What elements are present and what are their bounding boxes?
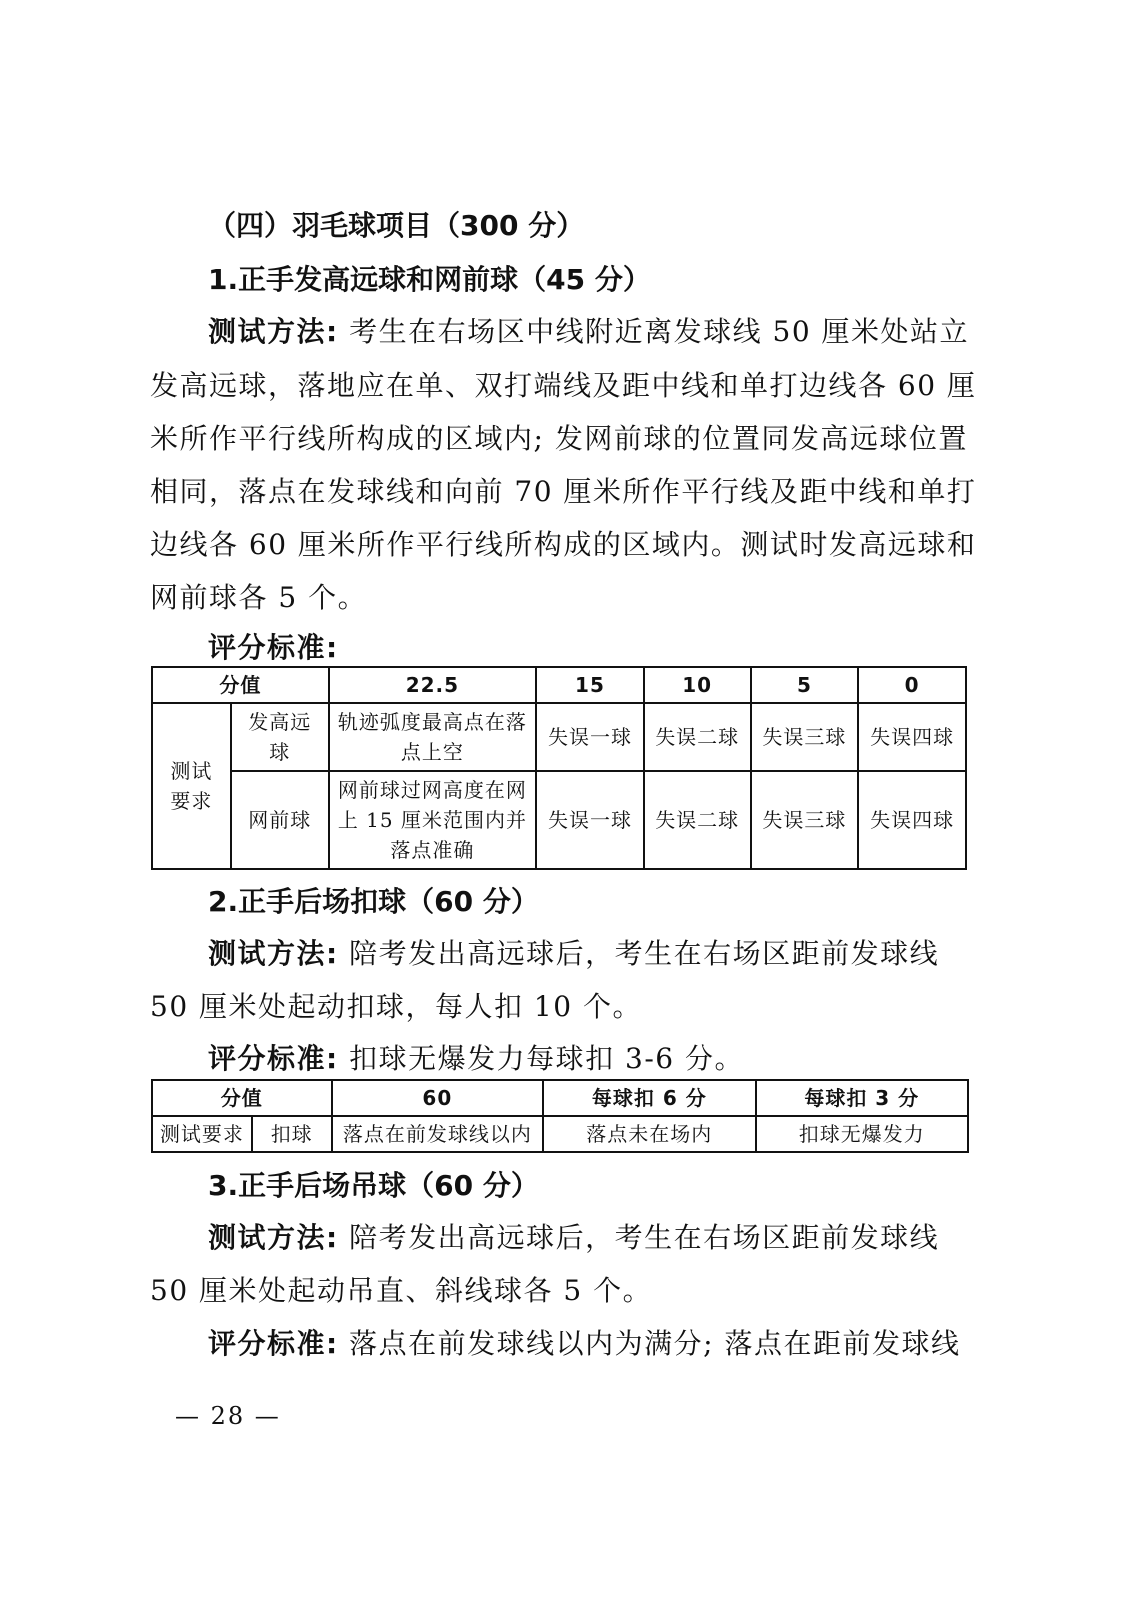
header-cell: 10	[644, 667, 751, 703]
table-cell: 失误一球	[536, 703, 644, 771]
section-title: （四）羽毛球项目（300 分）	[208, 208, 1028, 244]
row-name-cell: 发高远球	[231, 703, 329, 771]
table-cell: 失误四球	[858, 703, 966, 771]
header-cell: 分值	[152, 1080, 332, 1116]
table-cell: 落点未在场内	[543, 1116, 755, 1152]
item3-scoring-text: 落点在前发球线以内为满分; 落点在距前发球线	[339, 1327, 961, 1360]
item2-scoring-line: 评分标准: 扣球无爆发力每球扣 3-6 分。	[208, 1041, 970, 1077]
item2-scoring-table: 分值 60 每球扣 6 分 每球扣 3 分 测试要求 扣球 落点在前发球线以内 …	[151, 1079, 969, 1153]
header-cell: 15	[536, 667, 644, 703]
table-header-row: 分值 60 每球扣 6 分 每球扣 3 分	[152, 1080, 968, 1116]
table-row: 网前球 网前球过网高度在网上 15 厘米范围内并落点准确 失误一球 失误二球 失…	[152, 771, 966, 869]
header-cell: 每球扣 3 分	[756, 1080, 968, 1116]
table-cell: 轨迹弧度最高点在落点上空	[329, 703, 536, 771]
table-row: 测试要求 扣球 落点在前发球线以内 落点未在场内 扣球无爆发力	[152, 1116, 968, 1152]
item3-method-line-2: 50 厘米处起动吊直、斜线球各 5 个。	[150, 1273, 970, 1309]
item2-title: 2.正手后场扣球（60 分）	[208, 884, 1028, 920]
item3-title: 3.正手后场吊球（60 分）	[208, 1168, 1028, 1204]
table-cell: 扣球无爆发力	[756, 1116, 968, 1152]
item3-scoring-line: 评分标准: 落点在前发球线以内为满分; 落点在距前发球线	[208, 1326, 970, 1362]
item2-method-line-1: 测试方法: 陪考发出高远球后，考生在右场区距前发球线	[208, 936, 970, 972]
item1-method-line-2: 发高远球，落地应在单、双打端线及距中线和单打边线各 60 厘	[150, 368, 970, 404]
header-cell: 每球扣 6 分	[543, 1080, 755, 1116]
item2-method-line-2: 50 厘米处起动扣球，每人扣 10 个。	[150, 989, 970, 1025]
item2-scoring-label: 评分标准:	[208, 1042, 339, 1075]
item3-method-label: 测试方法:	[208, 1221, 339, 1254]
table-row: 测试要求 发高远球 轨迹弧度最高点在落点上空 失误一球 失误二球 失误三球 失误…	[152, 703, 966, 771]
item2-scoring-text: 扣球无爆发力每球扣 3-6 分。	[339, 1042, 744, 1075]
item1-method-text-1: 考生在右场区中线附近离发球线 50 厘米处站立	[339, 315, 969, 348]
item2-method-label: 测试方法:	[208, 937, 339, 970]
header-cell: 0	[858, 667, 966, 703]
document-page: （四）羽毛球项目（300 分） 1.正手发高远球和网前球（45 分） 测试方法:…	[0, 0, 1131, 1600]
item1-method-line-3: 米所作平行线所构成的区域内; 发网前球的位置同发高远球位置	[150, 421, 970, 457]
item1-method-line-6: 网前球各 5 个。	[150, 580, 970, 616]
item1-scoring-table: 分值 22.5 15 10 5 0 测试要求 发高远球 轨迹弧度最高点在落点上空…	[151, 666, 967, 870]
item1-method-label: 测试方法:	[208, 315, 339, 348]
table-cell: 失误四球	[858, 771, 966, 869]
table-cell: 网前球过网高度在网上 15 厘米范围内并落点准确	[329, 771, 536, 869]
table-cell: 失误二球	[644, 703, 751, 771]
item3-method-text-1: 陪考发出高远球后，考生在右场区距前发球线	[339, 1221, 939, 1254]
item1-method-line-4: 相同，落点在发球线和向前 70 厘米所作平行线及距中线和单打	[150, 474, 970, 510]
item1-method-line-5: 边线各 60 厘米所作平行线所构成的区域内。测试时发高远球和	[150, 527, 970, 563]
table-cell: 失误三球	[751, 771, 859, 869]
header-cell: 分值	[152, 667, 329, 703]
row-name-cell: 扣球	[252, 1116, 332, 1152]
header-cell: 60	[332, 1080, 543, 1116]
page-number: — 28 —	[175, 1402, 281, 1430]
table-cell: 失误二球	[644, 771, 751, 869]
table-cell: 失误三球	[751, 703, 859, 771]
table-cell: 落点在前发球线以内	[332, 1116, 543, 1152]
item3-scoring-label: 评分标准:	[208, 1327, 339, 1360]
table-header-row: 分值 22.5 15 10 5 0	[152, 667, 966, 703]
item1-method-line-1: 测试方法: 考生在右场区中线附近离发球线 50 厘米处站立	[208, 314, 970, 350]
header-cell: 22.5	[329, 667, 536, 703]
item1-scoring-label: 评分标准:	[208, 630, 970, 666]
row-name-cell: 网前球	[231, 771, 329, 869]
item2-method-text-1: 陪考发出高远球后，考生在右场区距前发球线	[339, 937, 939, 970]
group-label-cell: 测试要求	[152, 703, 231, 869]
table-cell: 失误一球	[536, 771, 644, 869]
item1-title: 1.正手发高远球和网前球（45 分）	[208, 262, 1028, 298]
group-label-cell: 测试要求	[152, 1116, 252, 1152]
header-cell: 5	[751, 667, 859, 703]
item3-method-line-1: 测试方法: 陪考发出高远球后，考生在右场区距前发球线	[208, 1220, 970, 1256]
